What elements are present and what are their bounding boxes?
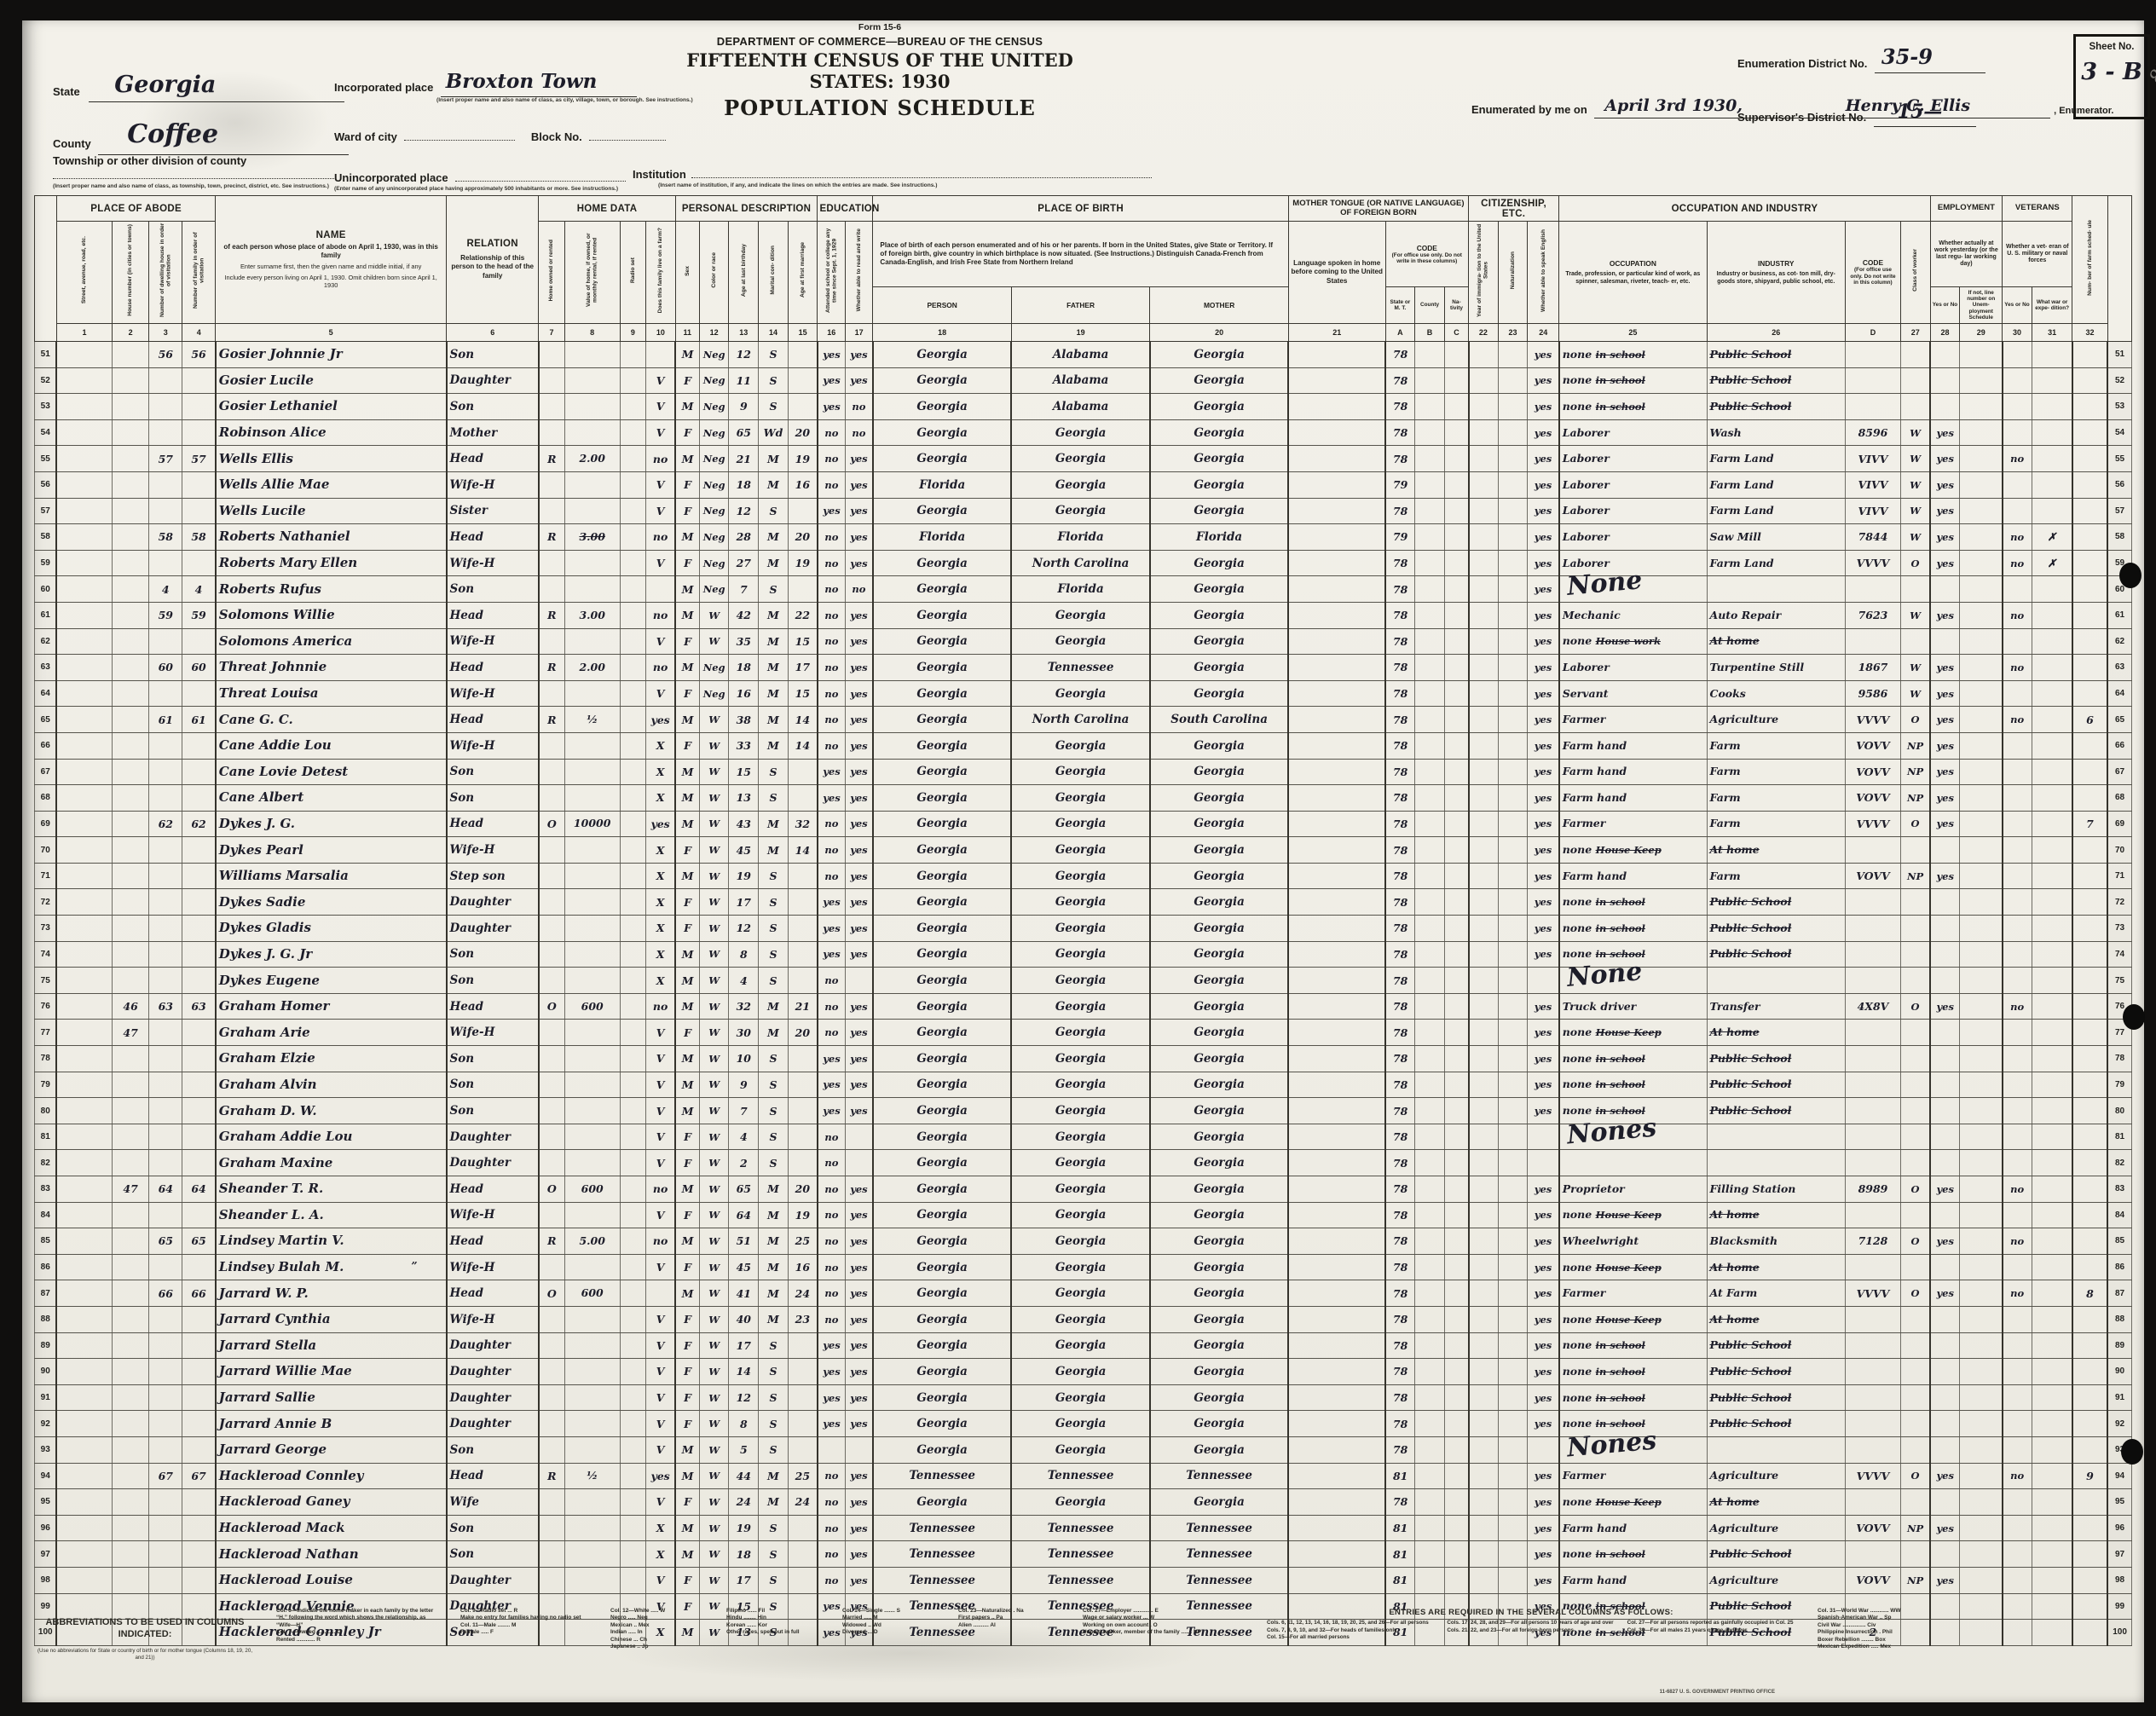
cell-home-value [564,1436,620,1463]
cell-war [2032,1384,2072,1411]
cell-line-number-right: 95 [2107,1489,2131,1516]
cell-birthplace: Georgia [873,419,1011,446]
table-row: 58 58 58 Roberts Nathaniel Head R 3.00 n… [35,524,2132,551]
cell-sex: M [675,1072,699,1098]
cell-age: 18 [729,471,759,498]
cell-line-number: 93 [35,1436,57,1463]
cell-radio [620,1098,645,1124]
cell-line-number-right: 97 [2107,1541,2131,1568]
cell-line-number: 58 [35,524,57,551]
cell-veteran: no [2003,993,2032,1020]
cell-mother-birthplace: Georgia [1150,602,1288,628]
cell-immigration-year [1469,1072,1499,1098]
cell-speaks-english: yes [1528,628,1559,655]
cell-marital: M [759,628,789,655]
cell-race: Neg [699,550,729,576]
cell-attended-school: yes [818,342,845,368]
cell-immigration-year [1469,680,1499,707]
cell-dwelling-number [149,732,182,759]
cell-code-d [1845,941,1900,968]
cell-worker-class [1900,1098,1930,1124]
cell-code-a: 78 [1385,1150,1415,1176]
cell-dwelling-number [149,550,182,576]
cell-naturalization [1498,1228,1528,1255]
cell-home-value [564,680,620,707]
footer-col-3: Col. 12—White ..... W Negro ..... Neg Me… [610,1608,704,1651]
cell-at-work [1930,1306,1960,1332]
cell-father-birthplace: Georgia [1011,1280,1149,1307]
table-row: 59 Roberts Mary Ellen Wife-H V F Neg 27 … [35,550,2132,576]
cell-attended-school: no [818,471,845,498]
cell-read-write: yes [845,602,872,628]
cell-family-number [182,1515,216,1541]
cell-race: Neg [699,524,729,551]
cell-war [2032,655,2072,681]
cell-race: W [699,602,729,628]
cell-farm-schedule [2072,993,2107,1020]
column-number: 7 [539,324,564,342]
cell-mother-birthplace: Tennessee [1150,1463,1288,1489]
cell-father-birthplace: Georgia [1011,628,1149,655]
cell-name: Wells Allie Mae [216,471,447,498]
cell-attended-school: no [818,1020,845,1046]
cell-naturalization [1498,759,1528,785]
cell-home-value: 10000 [564,811,620,837]
cell-line-number-right: 89 [2107,1332,2131,1359]
cell-industry: Farm [1707,759,1845,785]
cell-immigration-year [1469,1359,1499,1385]
cell-home-owned [539,968,564,994]
cell-dwelling-number [149,1515,182,1541]
cell-home-value [564,1202,620,1228]
cell-race: W [699,732,729,759]
cell-birthplace: Georgia [873,707,1011,733]
cell-age-first-marriage: 24 [788,1280,818,1307]
cell-home-value [564,1124,620,1150]
column-number: 32 [2072,324,2107,342]
cell-line-number-right: 78 [2107,1046,2131,1072]
cell-home-value [564,1046,620,1072]
cell-read-write: yes [845,1254,872,1280]
cell-code-d: VOVV [1845,1515,1900,1541]
column-number: 6 [447,324,539,342]
cell-code-b [1415,419,1445,446]
cell-farm: V [646,1306,676,1332]
cell-relation: Son [447,1515,539,1541]
column-number: 22 [1469,324,1499,342]
cell-war [2032,1411,2072,1437]
cell-home-value [564,1489,620,1516]
cell-street [56,1072,112,1098]
cell-age-first-marriage [788,498,818,524]
cell-code-b [1415,524,1445,551]
cell-veteran: no [2003,550,2032,576]
cell-house-number [112,707,148,733]
cell-father-birthplace: Georgia [1011,916,1149,942]
cell-worker-class: W [1900,498,1930,524]
cell-family-number [182,1098,216,1124]
cell-language [1288,811,1385,837]
cell-radio [620,576,645,603]
cell-code-b [1415,941,1445,968]
cell-code-b [1415,628,1445,655]
cell-veteran [2003,1567,2032,1593]
cell-industry: Wash [1707,419,1845,446]
cell-house-number [112,889,148,916]
cell-code-c [1444,419,1468,446]
cell-age-first-marriage [788,1098,818,1124]
cell-street [56,1254,112,1280]
cell-sex: M [675,1436,699,1463]
cell-line-number-right: 80 [2107,1098,2131,1124]
cell-sex: F [675,498,699,524]
cell-age-first-marriage [788,576,818,603]
cell-code-b [1415,993,1445,1020]
state-label: State [53,85,80,98]
cell-home-owned [539,367,564,394]
cell-age: 45 [729,1254,759,1280]
cell-naturalization [1498,707,1528,733]
cell-name: Jarrard George [216,1436,447,1463]
cell-race: Neg [699,342,729,368]
cell-mother-birthplace: Georgia [1150,1098,1288,1124]
cell-home-owned [539,1150,564,1176]
cell-line-number-right: 84 [2107,1202,2131,1228]
cell-relation: Son [447,342,539,368]
cell-naturalization [1498,628,1528,655]
cell-farm: X [646,785,676,812]
cell-code-d [1845,1124,1900,1150]
cell-home-value [564,968,620,994]
cell-age: 45 [729,837,759,864]
cell-war [2032,707,2072,733]
cell-naturalization [1498,655,1528,681]
cell-language [1288,367,1385,394]
cell-radio [620,1228,645,1255]
cell-code-d: VIVV [1845,498,1900,524]
cell-relation: Daughter [447,367,539,394]
cell-home-owned [539,550,564,576]
cell-industry: Public School [1707,1332,1845,1359]
cell-language [1288,1098,1385,1124]
cell-line-number: 95 [35,1489,57,1516]
cell-worker-class [1900,1436,1930,1463]
cell-war [2032,1228,2072,1255]
cell-family-number: 56 [182,342,216,368]
cell-war [2032,1150,2072,1176]
cell-farm: V [646,680,676,707]
table-row: 84 Sheander L. A. Wife-H V F W 64 M 19 n… [35,1202,2132,1228]
cell-age-first-marriage [788,1515,818,1541]
cell-age-first-marriage [788,1150,818,1176]
cell-marital: S [759,1384,789,1411]
cell-mother-birthplace: Georgia [1150,968,1288,994]
cell-radio [620,655,645,681]
census-sheet-scan: State Georgia County Coffee Township or … [0,0,2156,1716]
cell-read-write: yes [845,993,872,1020]
cell-line-number: 70 [35,837,57,864]
cell-unemployment-line [1960,1436,2003,1463]
sheet-value: 3 - B [2076,59,2147,85]
cell-immigration-year [1469,785,1499,812]
cell-veteran [2003,342,2032,368]
cell-family-number [182,1124,216,1150]
cell-home-owned: O [539,811,564,837]
cell-street [56,576,112,603]
cell-age-first-marriage: 19 [788,1202,818,1228]
col-occupation: OCCUPATION Trade, profession, or particu… [1559,222,1707,324]
cell-worker-class: W [1900,680,1930,707]
cell-marital: S [759,367,789,394]
cell-mother-birthplace: Georgia [1150,1228,1288,1255]
cell-mother-birthplace: Georgia [1150,419,1288,446]
cell-immigration-year [1469,419,1499,446]
cell-veteran: no [2003,1280,2032,1307]
cell-code-b [1415,1176,1445,1203]
cell-line-number: 81 [35,1124,57,1150]
cell-veteran [2003,680,2032,707]
cell-race: W [699,1515,729,1541]
cell-sex: F [675,1254,699,1280]
cell-home-owned [539,342,564,368]
cell-line-number-right: 79 [2107,1072,2131,1098]
cell-relation: Head [447,655,539,681]
cell-mother-birthplace: Georgia [1150,1072,1288,1098]
cell-industry: Public School [1707,1384,1845,1411]
cell-at-work: yes [1930,1280,1960,1307]
cell-line-number: 91 [35,1384,57,1411]
cell-marital: M [759,1306,789,1332]
col-code-d: CODE (For office use only. Do not write … [1845,222,1900,324]
cell-attended-school: yes [818,889,845,916]
cell-home-owned: R [539,524,564,551]
cell-naturalization [1498,1124,1528,1150]
cell-father-birthplace: Tennessee [1011,1515,1149,1541]
cell-father-birthplace: Georgia [1011,419,1149,446]
cell-street [56,1515,112,1541]
cell-home-owned [539,471,564,498]
cell-read-write: yes [845,1332,872,1359]
cell-immigration-year [1469,1306,1499,1332]
table-row: 76 46 63 63 Graham Homer Head O 600 no M… [35,993,2132,1020]
col-person-birthplace: PERSON [873,287,1011,324]
cell-occupation: none House Keep [1559,837,1707,864]
column-number: 11 [675,324,699,342]
cell-home-value [564,759,620,785]
cell-radio [620,680,645,707]
cell-street [56,1463,112,1489]
cell-at-work [1930,916,1960,942]
cell-code-b [1415,785,1445,812]
cell-family-number [182,889,216,916]
cell-at-work [1930,1020,1960,1046]
cell-occupation: Nones [1559,1436,1707,1463]
cell-mother-birthplace: Georgia [1150,394,1288,420]
line-col-header [35,196,57,342]
cell-home-owned [539,889,564,916]
cell-age-first-marriage [788,1332,818,1359]
cell-dwelling-number [149,471,182,498]
cell-naturalization [1498,968,1528,994]
cell-code-b [1415,863,1445,889]
cell-home-owned [539,916,564,942]
cell-naturalization [1498,1072,1528,1098]
cell-occupation: none House Keep [1559,1254,1707,1280]
cell-attended-school: no [818,1567,845,1593]
cell-dwelling-number: 58 [149,524,182,551]
cell-birthplace: Georgia [873,1176,1011,1203]
cell-marital: M [759,1202,789,1228]
cell-street [56,524,112,551]
cell-race: W [699,1254,729,1280]
cell-speaks-english: yes [1528,1280,1559,1307]
cell-attended-school: no [818,1124,845,1150]
cell-age: 10 [729,1046,759,1072]
cell-farm: X [646,941,676,968]
cell-name: Gosier Johnnie Jr [216,342,447,368]
cell-attended-school: no [818,837,845,864]
cell-age: 2 [729,1150,759,1176]
cell-speaks-english: yes [1528,993,1559,1020]
cell-home-owned [539,785,564,812]
cell-family-number [182,1202,216,1228]
footer-notes: ABBREVIATIONS TO BE USED IN COLUMNS INDI… [36,1608,2133,1661]
cell-code-a: 78 [1385,550,1415,576]
cell-race: W [699,1436,729,1463]
cell-language [1288,1411,1385,1437]
cell-name: Graham Maxine [216,1150,447,1176]
column-number: 29 [1960,324,2003,342]
cell-dwelling-number [149,1489,182,1516]
cell-street [56,1436,112,1463]
cell-mother-birthplace: South Carolina [1150,707,1288,733]
cell-radio [620,1463,645,1489]
scan-edge-top [0,0,2156,20]
cell-street [56,1359,112,1385]
cell-age-first-marriage: 32 [788,811,818,837]
col-language: Language spoken in home before coming to… [1288,222,1385,324]
cell-race: W [699,1020,729,1046]
cell-veteran [2003,498,2032,524]
cell-code-b [1415,1541,1445,1568]
cell-race: Neg [699,680,729,707]
cell-race: W [699,759,729,785]
cell-home-value [564,916,620,942]
cell-farm: no [646,446,676,472]
cell-code-d [1845,1489,1900,1516]
cell-unemployment-line [1960,471,2003,498]
cell-attended-school: yes [818,394,845,420]
cell-birthplace: Georgia [873,1384,1011,1411]
cell-code-c [1444,1202,1468,1228]
cell-language [1288,1020,1385,1046]
cell-war [2032,1463,2072,1489]
cell-speaks-english: yes [1528,837,1559,864]
cell-radio [620,524,645,551]
cell-speaks-english: yes [1528,785,1559,812]
cell-code-b [1415,550,1445,576]
cell-read-write: yes [845,941,872,968]
cell-code-a: 78 [1385,1436,1415,1463]
cell-house-number [112,732,148,759]
cell-name: Roberts Mary Ellen [216,550,447,576]
cell-code-d: VOVV [1845,759,1900,785]
cell-at-work [1930,342,1960,368]
cell-at-work: yes [1930,1463,1960,1489]
cell-worker-class [1900,837,1930,864]
department-title: DEPARTMENT OF COMMERCE—BUREAU OF THE CEN… [641,35,1118,48]
employment-description: Whether actually at work yesterday (or t… [1930,222,2002,287]
cell-code-d [1845,968,1900,994]
cell-line-number-right: 87 [2107,1280,2131,1307]
cell-age: 41 [729,1280,759,1307]
cell-immigration-year [1469,1150,1499,1176]
cell-name: Solomons America [216,628,447,655]
cell-home-owned [539,1124,564,1150]
cell-veteran [2003,1046,2032,1072]
cell-farm [646,1280,676,1307]
cell-father-birthplace: Georgia [1011,759,1149,785]
cell-speaks-english: yes [1528,1332,1559,1359]
cell-family-number: 65 [182,1228,216,1255]
cell-radio [620,342,645,368]
cell-name: Jarrard W. P. [216,1280,447,1307]
cell-farm: X [646,1515,676,1541]
cell-speaks-english [1528,1124,1559,1150]
cell-relation: Wife-H [447,1306,539,1332]
cell-street [56,1098,112,1124]
cell-veteran: no [2003,1228,2032,1255]
cell-line-number-right: 53 [2107,394,2131,420]
column-number: 3 [149,324,182,342]
cell-mother-birthplace: Georgia [1150,811,1288,837]
cell-dwelling-number [149,968,182,994]
cell-war [2032,1254,2072,1280]
cell-war [2032,1020,2072,1046]
cell-code-c [1444,1463,1468,1489]
cell-code-d: 9586 [1845,680,1900,707]
cell-birthplace: Georgia [873,785,1011,812]
cell-farm-schedule [2072,1150,2107,1176]
cell-line-number: 68 [35,785,57,812]
cell-worker-class: NP [1900,759,1930,785]
cell-at-work: yes [1930,1228,1960,1255]
cell-line-number: 80 [35,1098,57,1124]
cell-industry: Public School [1707,1541,1845,1568]
cell-immigration-year [1469,1567,1499,1593]
column-number: A [1385,324,1415,342]
cell-speaks-english: yes [1528,759,1559,785]
cell-house-number [112,1280,148,1307]
cell-attended-school: no [818,602,845,628]
cell-mother-birthplace: Georgia [1150,576,1288,603]
cell-immigration-year [1469,550,1499,576]
cell-code-b [1415,1124,1445,1150]
cell-age: 12 [729,1384,759,1411]
table-row: 74 Dykes J. G. Jr Son X M W 8 S yes yes … [35,941,2132,968]
cell-code-c [1444,968,1468,994]
cell-industry: At home [1707,837,1845,864]
cell-worker-class [1900,1124,1930,1150]
cell-immigration-year [1469,1046,1499,1072]
cell-father-birthplace: Georgia [1011,968,1149,994]
cell-home-value [564,550,620,576]
cell-line-number-right: 91 [2107,1384,2131,1411]
cell-code-c [1444,628,1468,655]
group-home-data: HOME DATA [539,196,675,222]
cell-home-value: ½ [564,1463,620,1489]
cell-name: Cane G. C. [216,707,447,733]
